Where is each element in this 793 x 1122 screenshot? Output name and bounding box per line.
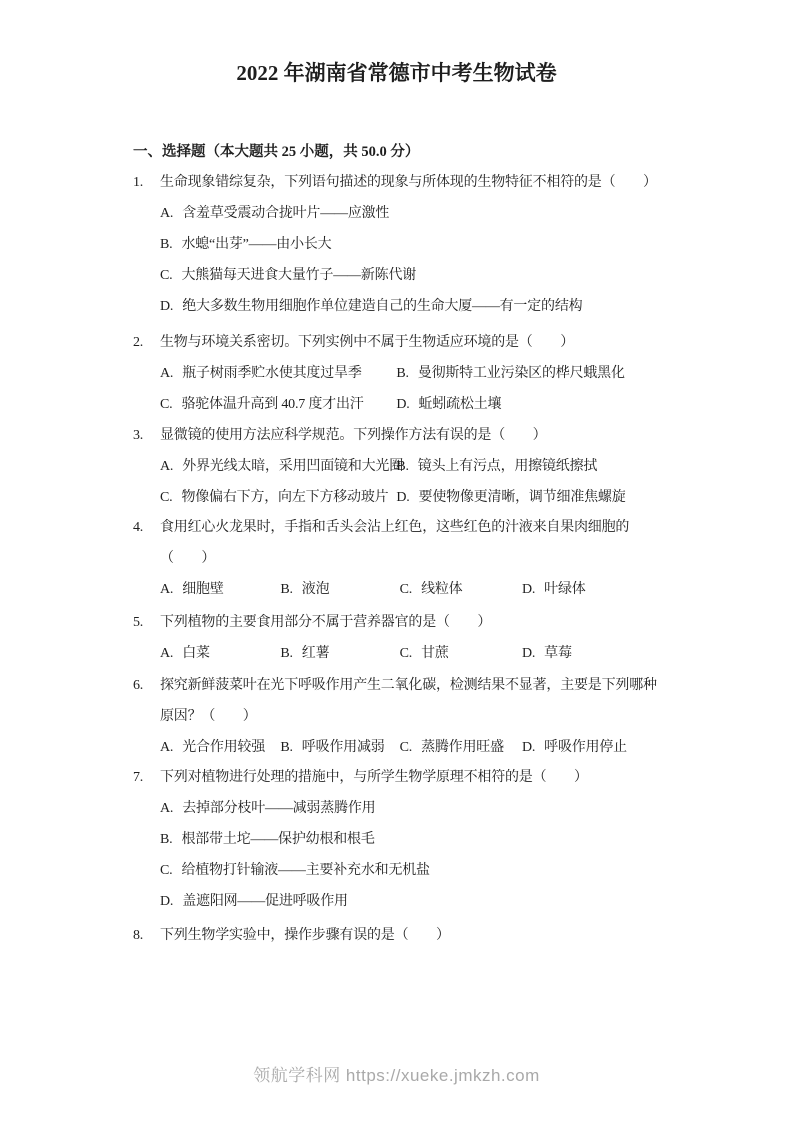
option-label: C. xyxy=(160,863,172,878)
option-c: C.蒸腾作用旺盛 xyxy=(400,732,519,763)
question-stem-continued: （ ） xyxy=(133,543,681,574)
option-d: D.绝大多数生物用细胞作单位建造自己的生命大厦——有一定的结构 xyxy=(160,299,582,314)
option-label: B. xyxy=(280,646,292,661)
option-a: A.光合作用较强 xyxy=(160,732,277,763)
question-1: 1. 生命现象错综复杂，下列语句描述的现象与所体现的生物特征不相符的是（ ） A… xyxy=(133,167,681,322)
option-a: A.细胞壁 xyxy=(160,574,277,605)
exam-title: 2022 年湖南省常德市中考生物试卷 xyxy=(0,60,793,86)
option-row: A.含羞草受震动合拢叶片——应激性 xyxy=(133,198,681,229)
option-row: B.根部带土坨——保护幼根和根毛 xyxy=(133,824,681,855)
question-stem: 6. 探究新鲜菠菜叶在光下呼吸作用产生二氧化碳，检测结果不显著，主要是下列哪种 xyxy=(133,670,681,701)
option-a: A.去掉部分枝叶——减弱蒸腾作用 xyxy=(160,801,375,816)
question-stem-text: 下列生物学实验中，操作步骤有误的是（ ） xyxy=(160,928,450,943)
option-row: A.细胞壁 B.液泡 C.线粒体 D.叶绿体 xyxy=(133,574,681,605)
question-stem-continued: 原因？（ ） xyxy=(133,701,681,732)
option-text: 甘蔗 xyxy=(421,646,449,661)
option-c: C.大熊猫每天进食大量竹子——新陈代谢 xyxy=(160,268,416,283)
option-c: C.线粒体 xyxy=(400,574,519,605)
question-number: 5. xyxy=(133,607,143,638)
option-d: D.要使物像更清晰，调节细准焦螺旋 xyxy=(396,482,625,513)
option-text: 叶绿体 xyxy=(544,582,585,597)
option-d: D.叶绿体 xyxy=(522,574,586,605)
option-label: A. xyxy=(160,740,173,755)
option-text: 红薯 xyxy=(302,646,330,661)
option-text: 蚯蚓疏松土壤 xyxy=(419,397,502,412)
question-stem-text: 原因？（ ） xyxy=(160,709,257,724)
question-stem-text: 下列植物的主要食用部分不属于营养器官的是（ ） xyxy=(160,615,491,630)
option-row: D.盖遮阳网——促进呼吸作用 xyxy=(133,886,681,917)
option-text: 呼吸作用停止 xyxy=(544,740,627,755)
option-label: C. xyxy=(400,646,412,661)
option-a: A.含羞草受震动合拢叶片——应激性 xyxy=(160,206,389,221)
question-stem-text: 探究新鲜菠菜叶在光下呼吸作用产生二氧化碳，检测结果不显著，主要是下列哪种 xyxy=(160,678,657,693)
option-d: D.呼吸作用停止 xyxy=(522,732,627,763)
option-a: A.外界光线太暗，采用凹面镜和大光圈 xyxy=(160,451,393,482)
option-label: B. xyxy=(396,366,408,381)
option-text: 液泡 xyxy=(302,582,330,597)
option-c: C.物像偏右下方，向左下方移动玻片 xyxy=(160,482,393,513)
option-label: D. xyxy=(396,397,409,412)
option-text: 给植物打针输液——主要补充水和无机盐 xyxy=(181,863,429,878)
option-row: C.给植物打针输液——主要补充水和无机盐 xyxy=(133,855,681,886)
option-label: C. xyxy=(160,397,172,412)
question-stem-text: 生命现象错综复杂，下列语句描述的现象与所体现的生物特征不相符的是（ ） xyxy=(160,175,657,190)
question-stem: 3. 显微镜的使用方法应科学规范。下列操作方法有误的是（ ） xyxy=(133,420,681,451)
option-text: 盖遮阳网——促进呼吸作用 xyxy=(182,894,348,909)
question-number: 6. xyxy=(133,670,143,701)
question-stem-text: （ ） xyxy=(160,551,215,566)
footer-watermark: 领航学科网 https://xueke.jmkzh.com xyxy=(0,1064,793,1088)
option-label: D. xyxy=(396,490,409,505)
option-label: D. xyxy=(522,740,535,755)
option-label: A. xyxy=(160,206,173,221)
question-stem: 8. 下列生物学实验中，操作步骤有误的是（ ） xyxy=(133,920,681,951)
option-b: B.液泡 xyxy=(280,574,396,605)
option-text: 物像偏右下方，向左下方移动玻片 xyxy=(181,490,388,505)
option-label: A. xyxy=(160,459,173,474)
option-text: 瓶子树雨季贮水使其度过旱季 xyxy=(182,366,361,381)
option-label: D. xyxy=(522,646,535,661)
option-text: 大熊猫每天进食大量竹子——新陈代谢 xyxy=(181,268,416,283)
question-number: 8. xyxy=(133,920,143,951)
question-3: 3. 显微镜的使用方法应科学规范。下列操作方法有误的是（ ） A.外界光线太暗，… xyxy=(133,420,681,513)
question-stem-text: 下列对植物进行处理的措施中，与所学生物学原理不相符的是（ ） xyxy=(160,770,588,785)
option-label: C. xyxy=(400,740,412,755)
question-number: 7. xyxy=(133,762,143,793)
option-text: 外界光线太暗，采用凹面镜和大光圈 xyxy=(182,459,403,474)
option-text: 线粒体 xyxy=(421,582,462,597)
option-d: D.蚯蚓疏松土壤 xyxy=(396,389,501,420)
option-label: C. xyxy=(160,490,172,505)
question-stem: 1. 生命现象错综复杂，下列语句描述的现象与所体现的生物特征不相符的是（ ） xyxy=(133,167,681,198)
option-label: D. xyxy=(160,894,173,909)
option-text: 根部带土坨——保护幼根和根毛 xyxy=(181,832,374,847)
option-row: D.绝大多数生物用细胞作单位建造自己的生命大厦——有一定的结构 xyxy=(133,291,681,322)
option-label: B. xyxy=(160,832,172,847)
section-header: 一、选择题（本大题共 25 小题，共 50.0 分） xyxy=(133,141,419,163)
option-row: C.大熊猫每天进食大量竹子——新陈代谢 xyxy=(133,260,681,291)
option-text: 骆驼体温升高到 40.7 度才出汗 xyxy=(181,397,363,412)
option-b: B.曼彻斯特工业污染区的桦尺蛾黑化 xyxy=(396,358,624,389)
option-a: A.瓶子树雨季贮水使其度过旱季 xyxy=(160,358,393,389)
question-number: 1. xyxy=(133,167,143,198)
option-text: 草莓 xyxy=(544,646,572,661)
option-text: 光合作用较强 xyxy=(182,740,265,755)
option-label: C. xyxy=(400,582,412,597)
option-label: A. xyxy=(160,801,173,816)
option-b: B.根部带土坨——保护幼根和根毛 xyxy=(160,832,375,847)
option-text: 曼彻斯特工业污染区的桦尺蛾黑化 xyxy=(418,366,625,381)
question-4: 4. 食用红心火龙果时，手指和舌头会沾上红色，这些红色的汁液来自果肉细胞的 （ … xyxy=(133,512,681,605)
option-text: 去掉部分枝叶——减弱蒸腾作用 xyxy=(182,801,375,816)
option-text: 镜头上有污点，用擦镜纸擦拭 xyxy=(418,459,597,474)
option-row: B.水螅“出芽”——由小长大 xyxy=(133,229,681,260)
option-row: C.骆驼体温升高到 40.7 度才出汗 D.蚯蚓疏松土壤 xyxy=(133,389,681,420)
option-a: A.白菜 xyxy=(160,638,277,669)
option-row: A.光合作用较强 B.呼吸作用减弱 C.蒸腾作用旺盛 D.呼吸作用停止 xyxy=(133,732,681,763)
option-b: B.水螅“出芽”——由小长大 xyxy=(160,237,331,252)
option-label: A. xyxy=(160,646,173,661)
option-d: D.草莓 xyxy=(522,638,572,669)
option-row: A.白菜 B.红薯 C.甘蔗 D.草莓 xyxy=(133,638,681,669)
option-text: 呼吸作用减弱 xyxy=(302,740,385,755)
option-label: B. xyxy=(396,459,408,474)
question-stem-text: 显微镜的使用方法应科学规范。下列操作方法有误的是（ ） xyxy=(160,428,546,443)
option-label: A. xyxy=(160,582,173,597)
option-text: 白菜 xyxy=(182,646,210,661)
option-row: A.外界光线太暗，采用凹面镜和大光圈 B.镜头上有污点，用擦镜纸擦拭 xyxy=(133,451,681,482)
question-number: 2. xyxy=(133,327,143,358)
option-text: 水螅“出芽”——由小长大 xyxy=(181,237,331,252)
option-label: D. xyxy=(522,582,535,597)
option-c: C.给植物打针输液——主要补充水和无机盐 xyxy=(160,863,430,878)
option-text: 要使物像更清晰，调节细准焦螺旋 xyxy=(419,490,626,505)
option-label: D. xyxy=(160,299,173,314)
option-row: C.物像偏右下方，向左下方移动玻片 D.要使物像更清晰，调节细准焦螺旋 xyxy=(133,482,681,513)
option-b: B.镜头上有污点，用擦镜纸擦拭 xyxy=(396,451,597,482)
option-label: B. xyxy=(160,237,172,252)
question-5: 5. 下列植物的主要食用部分不属于营养器官的是（ ） A.白菜 B.红薯 C.甘… xyxy=(133,607,681,669)
question-stem: 7. 下列对植物进行处理的措施中，与所学生物学原理不相符的是（ ） xyxy=(133,762,681,793)
option-row: A.瓶子树雨季贮水使其度过旱季 B.曼彻斯特工业污染区的桦尺蛾黑化 xyxy=(133,358,681,389)
option-row: A.去掉部分枝叶——减弱蒸腾作用 xyxy=(133,793,681,824)
question-stem-text: 食用红心火龙果时，手指和舌头会沾上红色，这些红色的汁液来自果肉细胞的 xyxy=(160,520,629,535)
option-label: B. xyxy=(280,740,292,755)
exam-page: 2022 年湖南省常德市中考生物试卷 一、选择题（本大题共 25 小题，共 50… xyxy=(0,0,793,1122)
question-stem: 4. 食用红心火龙果时，手指和舌头会沾上红色，这些红色的汁液来自果肉细胞的 xyxy=(133,512,681,543)
option-label: C. xyxy=(160,268,172,283)
option-d: D.盖遮阳网——促进呼吸作用 xyxy=(160,894,348,909)
option-label: B. xyxy=(280,582,292,597)
question-stem-text: 生物与环境关系密切。下列实例中不属于生物适应环境的是（ ） xyxy=(160,335,574,350)
option-b: B.呼吸作用减弱 xyxy=(280,732,396,763)
question-number: 3. xyxy=(133,420,143,451)
question-2: 2. 生物与环境关系密切。下列实例中不属于生物适应环境的是（ ） A.瓶子树雨季… xyxy=(133,327,681,420)
option-text: 细胞壁 xyxy=(182,582,223,597)
question-number: 4. xyxy=(133,512,143,543)
option-text: 含羞草受震动合拢叶片——应激性 xyxy=(182,206,389,221)
option-b: B.红薯 xyxy=(280,638,396,669)
option-text: 绝大多数生物用细胞作单位建造自己的生命大厦——有一定的结构 xyxy=(182,299,582,314)
option-c: C.骆驼体温升高到 40.7 度才出汗 xyxy=(160,389,393,420)
question-8: 8. 下列生物学实验中，操作步骤有误的是（ ） xyxy=(133,920,681,951)
question-6: 6. 探究新鲜菠菜叶在光下呼吸作用产生二氧化碳，检测结果不显著，主要是下列哪种 … xyxy=(133,670,681,763)
question-7: 7. 下列对植物进行处理的措施中，与所学生物学原理不相符的是（ ） A.去掉部分… xyxy=(133,762,681,917)
option-text: 蒸腾作用旺盛 xyxy=(421,740,504,755)
option-label: A. xyxy=(160,366,173,381)
option-c: C.甘蔗 xyxy=(400,638,519,669)
question-stem: 5. 下列植物的主要食用部分不属于营养器官的是（ ） xyxy=(133,607,681,638)
question-stem: 2. 生物与环境关系密切。下列实例中不属于生物适应环境的是（ ） xyxy=(133,327,681,358)
